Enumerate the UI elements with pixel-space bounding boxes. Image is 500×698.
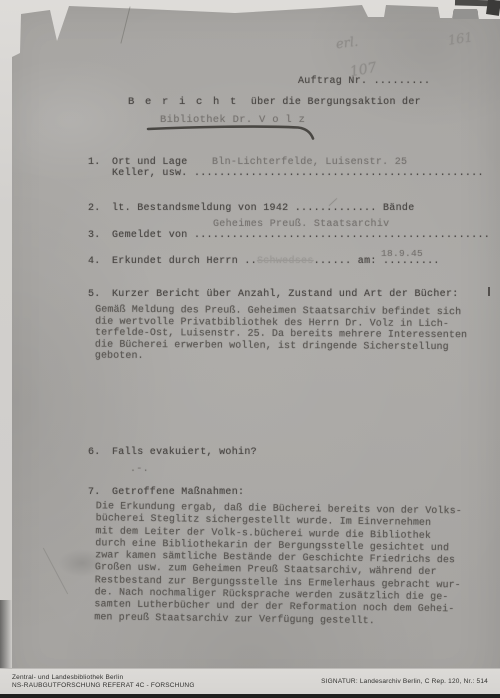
- item-4-label: Erkundet durch Herrn: [112, 256, 238, 267]
- item-5-number: 5.: [88, 289, 112, 300]
- item-4-dots-pre: ..: [244, 256, 257, 267]
- scan-artifact-paper-tab: [453, 9, 478, 19]
- item-6-label: Falls evakuiert, wohin?: [112, 447, 257, 458]
- footer-institution-line2: NS-RAUBGUTFORSCHUNG REFERAT 4C - FORSCHU…: [12, 682, 195, 690]
- report-title-word: B e r i c h t: [128, 96, 239, 108]
- report-title-rest: über die Bergungsaktion der: [251, 97, 421, 108]
- margin-tick-right: [488, 287, 490, 296]
- item-7-paragraph: Die Erkundung ergab, daß die Bücherei be…: [94, 501, 492, 629]
- footer-institution-line1: Zentral- und Landesbibliothek Berlin: [12, 674, 195, 682]
- item-7-number: 7.: [88, 487, 112, 498]
- item-2-label: lt. Bestandsmeldung von 1942: [112, 203, 288, 214]
- item-1-number: 1.: [88, 157, 112, 168]
- item-1-label: Ort und Lage: [112, 157, 212, 168]
- scan-bottom-black-bar: [0, 694, 500, 698]
- item-1-row: 1.Ort und LageBln-Lichterfelde, Luisenst…: [88, 157, 407, 168]
- item-4-name-struck: Schwedses: [257, 256, 314, 267]
- item-6-row: 6.Falls evakuiert, wohin?: [88, 447, 257, 458]
- report-title: B e r i c h t über die Bergungsaktion de…: [128, 96, 421, 108]
- item-3-value: Geheimes Preuß. Staatsarchiv: [213, 219, 389, 230]
- item-2-suffix: Bände: [383, 203, 415, 214]
- item-3-dotted-line: ........................................…: [194, 230, 490, 241]
- scan-artifact-top-right-2: [486, 0, 500, 16]
- item-1-dotted-line: ........................................…: [194, 168, 484, 179]
- item-3-label: Gemeldet von: [112, 230, 188, 241]
- archive-footer-bar: Zentral- und Landesbibliothek Berlin NS-…: [0, 668, 500, 694]
- item-5-row: 5.Kurzer Bericht über Anzahl, Zustand un…: [88, 289, 459, 300]
- item-2-row: 2.lt. Bestandsmeldung von 1942 .........…: [88, 203, 415, 214]
- item-2-dotted-line: .............: [295, 203, 377, 214]
- item-1-value: Bln-Lichterfelde, Luisenstr. 25: [212, 157, 407, 168]
- item-6-number: 6.: [88, 447, 112, 458]
- footer-institution: Zentral- und Landesbibliothek Berlin NS-…: [12, 674, 195, 690]
- item-1-row2: Keller, usw. ...........................…: [112, 168, 484, 179]
- item-7-label: Getroffene Maßnahmen:: [112, 487, 244, 498]
- footer-signature: SIGNATUR: Landesarchiv Berlin, C Rep. 12…: [321, 678, 488, 686]
- item-1-label2: Keller, usw.: [112, 168, 188, 179]
- order-line: Auftrag Nr. .........: [298, 76, 430, 87]
- item-2-number: 2.: [88, 203, 112, 214]
- item-4-number: 4.: [88, 256, 112, 267]
- pen-underline: [140, 118, 340, 144]
- pencil-note: erl.: [335, 35, 359, 53]
- item-5-paragraph: Gemäß Meldung des Preuß. Geheimen Staats…: [95, 305, 487, 366]
- item-6-mark: .-.: [130, 464, 149, 475]
- item-3-number: 3.: [88, 230, 112, 241]
- item-4-dots-end: .........: [383, 256, 440, 267]
- item-7-row: 7.Getroffene Maßnahmen:: [88, 487, 244, 498]
- item-4-label2: am:: [358, 256, 377, 267]
- item-4-row: 4.Erkundet durch Herrn ..Schwedses......…: [88, 256, 440, 267]
- item-3-row: 3.Gemeldet von .........................…: [88, 230, 490, 241]
- item-5-label: Kurzer Bericht über Anzahl, Zustand und …: [112, 289, 459, 300]
- scanned-document-page: erl. 161 107 ⁄ Auftrag Nr. ......... B e…: [0, 0, 500, 698]
- item-4-dots-mid: ......: [314, 256, 352, 267]
